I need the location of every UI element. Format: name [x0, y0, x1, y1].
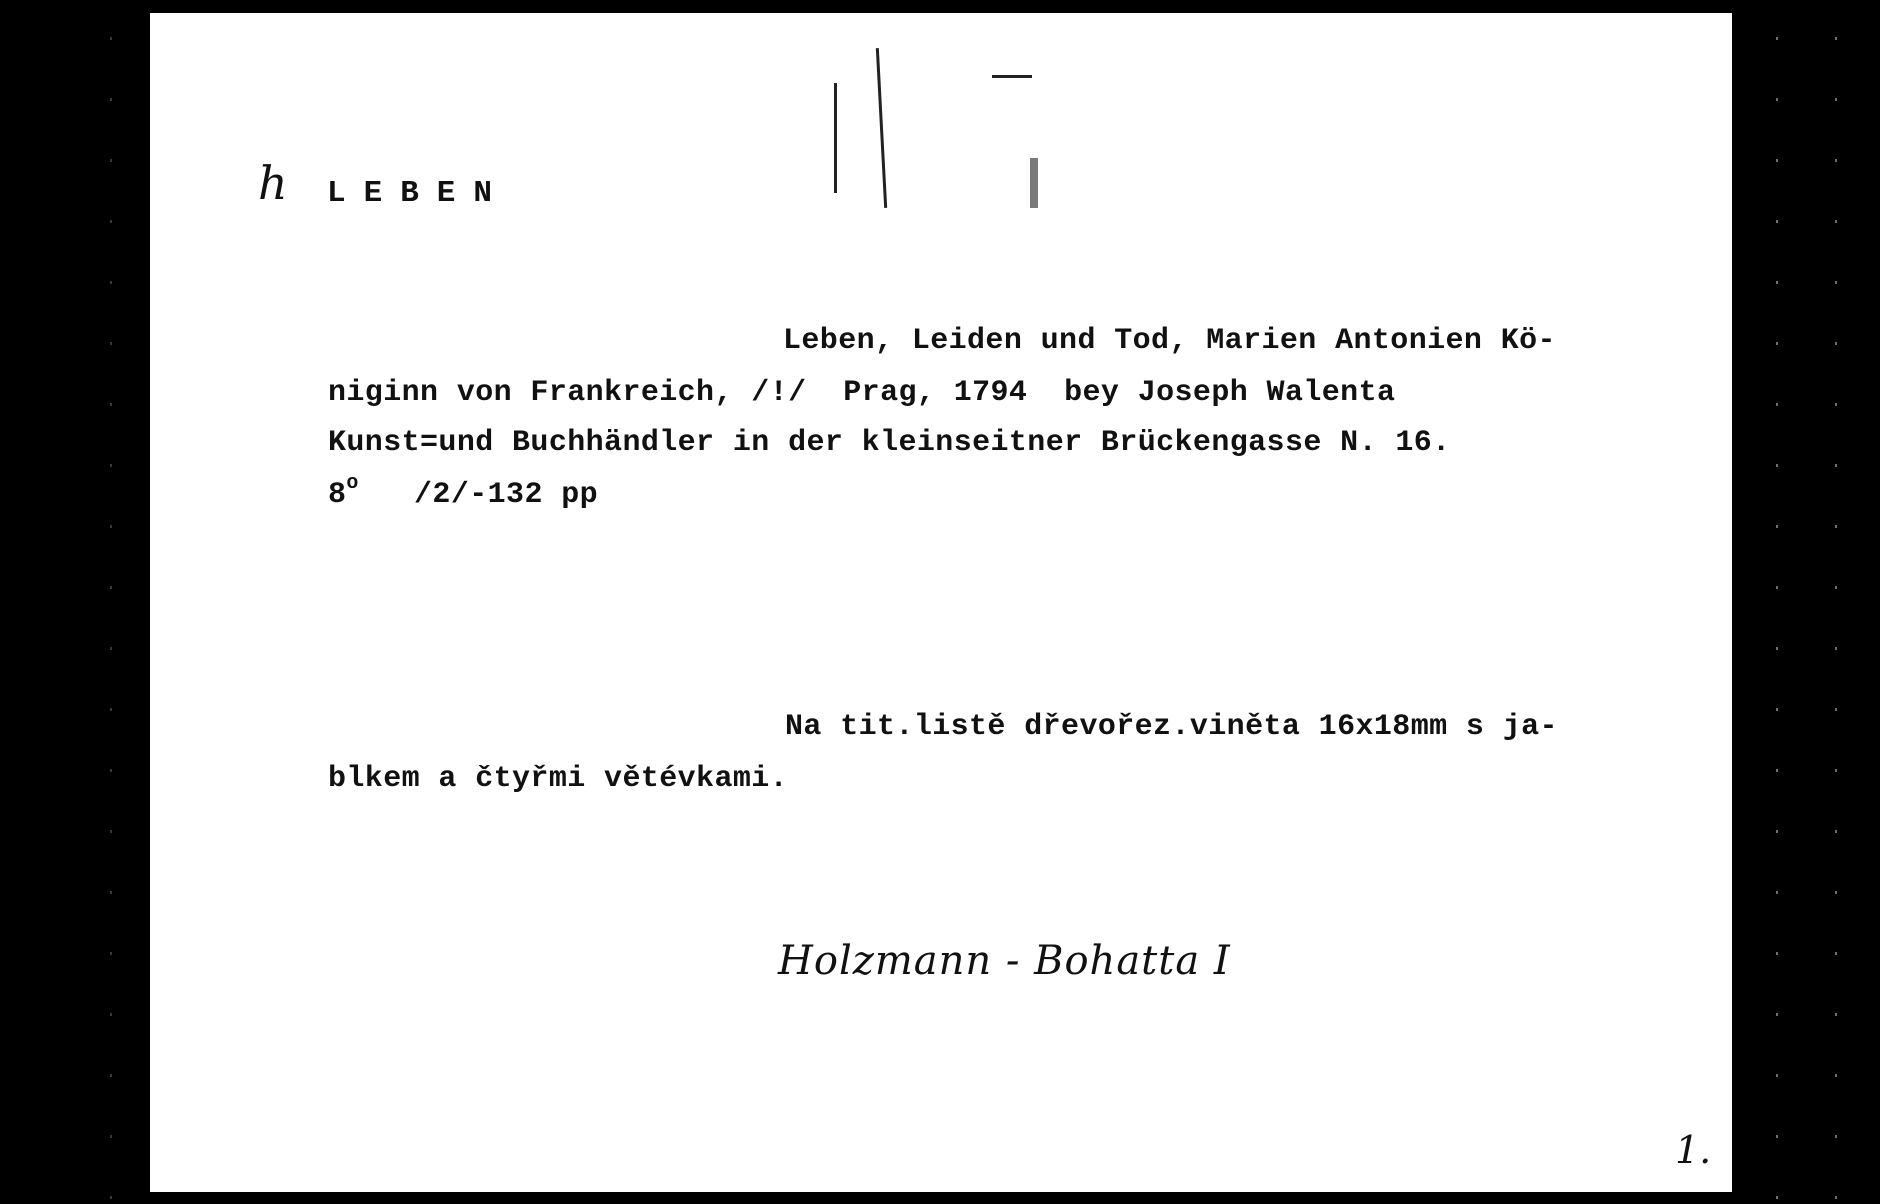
format-size: 8	[328, 478, 346, 512]
scanned-catalog-card-page: h LEBEN Leben, Leiden und Tod, Marien An…	[0, 0, 1880, 1204]
scan-smudge	[876, 48, 887, 208]
format-line: 8o /2/-132 pp	[328, 480, 598, 510]
title-line-1: Leben, Leiden und Tod, Marien Antonien K…	[783, 326, 1556, 356]
card-number: 1.	[1675, 1128, 1711, 1172]
scan-noise	[110, 0, 112, 1204]
format-size-superscript: o	[346, 472, 358, 495]
title-line-3: Kunst=und Buchhändler in der kleinseitne…	[328, 428, 1451, 458]
title-line-2: niginn von Frankreich, /!/ Prag, 1794 be…	[328, 378, 1395, 408]
scan-noise	[1835, 0, 1837, 1204]
scan-smudge	[992, 75, 1032, 78]
scan-smudge	[1030, 158, 1038, 208]
note-line-2: blkem a čtyřmi větévkami.	[328, 764, 788, 794]
page-count: /2/-132 pp	[414, 478, 598, 512]
scan-noise	[1776, 0, 1778, 1204]
handwritten-signature: Holzmann - Bohatta I	[778, 938, 1231, 984]
note-line-1: Na tit.listě dřevořez.viněta 16x18mm s j…	[785, 712, 1558, 742]
handwritten-mark: h	[258, 156, 288, 210]
card-heading: LEBEN	[327, 178, 510, 209]
scan-smudge	[834, 83, 837, 193]
catalog-card: h LEBEN Leben, Leiden und Tod, Marien An…	[150, 13, 1732, 1192]
